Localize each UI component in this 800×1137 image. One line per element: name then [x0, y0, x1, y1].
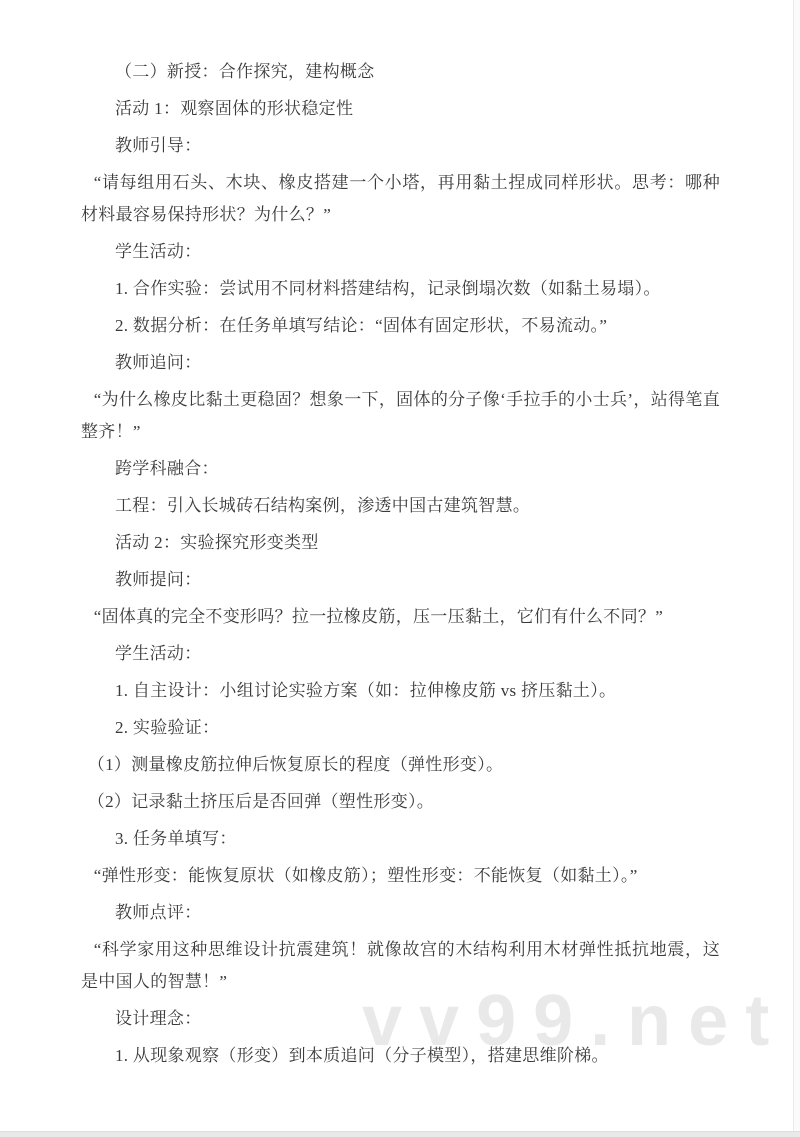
list-item-worksheet: 3. 任务单填写：	[81, 823, 720, 855]
design-concept-label: 设计理念：	[81, 1003, 720, 1035]
document-page: vv99.net （二）新授：合作探究，建构概念 活动 1：观察固体的形状稳定性…	[0, 0, 800, 1137]
teacher-guide-label: 教师引导：	[81, 130, 720, 162]
list-item-1: 1. 合作实验：尝试用不同材料搭建结构，记录倒塌次数（如黏土易塌）。	[81, 273, 720, 305]
sub-item-plastic: （2）记录黏土挤压后是否回弹（塑性形变）。	[81, 786, 720, 818]
engineering-note: 工程：引入长城砖石结构案例，渗透中国古建筑智慧。	[81, 490, 720, 522]
list-item-design: 1. 自主设计：小组讨论实验方案（如：拉伸橡皮筋 vs 挤压黏土）。	[81, 675, 720, 707]
teacher-guide-quote: “请每组用石头、木块、橡皮搭建一个小塔，再用黏土捏成同样形状。思考：哪种材料最容…	[81, 167, 720, 231]
activity-1-title: 活动 1：观察固体的形状稳定性	[81, 93, 720, 125]
teacher-followup-quote: “为什么橡皮比黏土更稳固？想象一下，固体的分子像‘手拉手的小士兵’，站得笔直整齐…	[81, 384, 720, 448]
document-body: （二）新授：合作探究，建构概念 活动 1：观察固体的形状稳定性 教师引导： “请…	[0, 0, 800, 1072]
worksheet-quote: “弹性形变：能恢复原状（如橡皮筋）；塑性形变：不能恢复（如黏土）。”	[81, 860, 720, 892]
design-concept-item-1: 1. 从现象观察（形变）到本质追问（分子模型），搭建思维阶梯。	[81, 1040, 720, 1072]
list-item-2: 2. 数据分析：在任务单填写结论：“固体有固定形状，不易流动。”	[81, 310, 720, 342]
teacher-question-quote: “固体真的完全不变形吗？拉一拉橡皮筋，压一压黏土，它们有什么不同？”	[81, 601, 720, 633]
teacher-comment-quote: “科学家用这种思维设计抗震建筑！就像故宫的木结构利用木材弹性抵抗地震，这是中国人…	[81, 934, 720, 998]
section-heading: （二）新授：合作探究，建构概念	[81, 56, 720, 88]
page-right-edge	[793, 0, 800, 1137]
list-item-verify: 2. 实验验证：	[81, 712, 720, 744]
teacher-followup-label: 教师追问：	[81, 347, 720, 379]
activity-2-title: 活动 2：实验探究形变类型	[81, 527, 720, 559]
page-bottom-bar	[0, 1131, 800, 1137]
student-activity-2-label: 学生活动：	[81, 638, 720, 670]
cross-discipline-label: 跨学科融合：	[81, 453, 720, 485]
teacher-question-label: 教师提问：	[81, 564, 720, 596]
sub-item-elastic: （1）测量橡皮筋拉伸后恢复原长的程度（弹性形变）。	[81, 749, 720, 781]
student-activity-label: 学生活动：	[81, 236, 720, 268]
teacher-comment-label: 教师点评：	[81, 897, 720, 929]
